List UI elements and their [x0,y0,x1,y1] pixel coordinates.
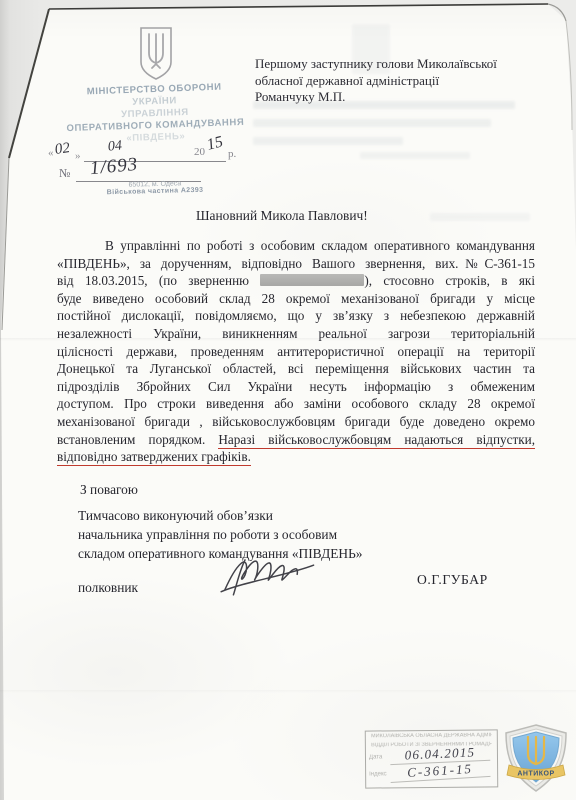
signer-name: О.Г.ГУБАР [417,572,488,588]
recipient-block: Першому заступнику голови Миколаївської … [255,56,497,106]
body-line: «ПІВДЕНЬ», за дорученням, відповідно Ваш… [57,256,535,274]
position-line: начальника управління по роботи з особов… [78,525,362,544]
body-line: постійної дислокації, повідомляємо, що у… [57,308,535,326]
registration-stamp: МИКОЛАЇВСЬКА ОБЛАСНА ДЕРЖАВНА АДМІНІСТРА… [365,729,499,788]
body-text: встановленим порядком. [57,432,218,447]
handwritten-number: 1/693 [89,154,139,180]
stamp-index-row: Індекс С-361-15 [366,764,497,782]
body-text: цілісності держави, проведенням антитеро… [57,344,535,359]
bleedthrough-mark [253,119,491,127]
body-text: В управлінні по роботі з особовим складо… [105,238,535,253]
body-text: від 18.03.2015, (по зверненню [57,273,260,288]
body-text: ), стосовно строків, в які [364,273,535,288]
body-line: цілісності держави, проведенням антитеро… [57,344,535,362]
printed-year-prefix: 20 [194,146,205,158]
bleedthrough-mark [360,152,470,159]
stamp-date-label: Дата [369,754,382,760]
signature-scribble [217,548,330,598]
salutation: Шановний Микола Павлович! [196,208,368,224]
body-text: Донецької та Луганської областей, всі пе… [57,361,535,376]
body-paragraph: В управлінні по роботі з особовим складо… [57,238,535,467]
body-line: Донецької та Луганської областей, всі пе… [57,361,535,379]
signer-rank: полковник [78,580,138,596]
scanned-letter: МІНІСТЕРСТВО ОБОРОНИ УКРАЇНИ УПРАВЛІННЯ … [0,0,576,800]
quote-mark: « [48,147,54,159]
closing-regards: З повагою [80,482,138,498]
number-sign: № [59,166,70,181]
red-underlined-text: Наразі військовослужбовцям надаються від… [218,432,535,449]
body-text: «ПІВДЕНЬ», за дорученням, відповідно Ваш… [57,256,535,271]
antikor-shield-emblem: АНТИКОР [498,722,574,796]
body-line: встановленим порядком. Наразі військовос… [57,432,535,450]
body-text: механізованої бригади , військовослужбов… [57,414,535,429]
body-text: незалежності України, виникненням реальн… [57,326,535,341]
body-line: від 18.03.2015, (по зверненню ), стосовн… [57,273,535,291]
body-text: доступом. Про строки виведення або замін… [57,396,535,411]
body-line: доступом. Про строки виведення або замін… [57,396,535,414]
handwritten-month: 04 [107,138,122,155]
red-underlined-text: відповідно затверджених графіків. [57,449,251,466]
body-line: відповідно затверджених графіків. [57,449,535,467]
stamp-index-label: Індекс [369,771,387,777]
body-line: буде виведено особовий склад 28 окремої … [57,291,535,309]
antikor-banner-text: АНТИКОР [517,771,554,778]
body-line: В управлінні по роботі з особовим складо… [57,238,535,256]
body-line: незалежності України, виникненням реальн… [57,326,535,344]
recipient-line: Першому заступнику голови Миколаївської [255,56,497,73]
fold-crease [0,690,576,693]
body-line: механізованої бригади , військовослужбов… [57,414,535,432]
body-text: буде виведено особовий склад 28 окремої … [57,291,535,306]
body-text: підрозділів Збройних Сил України несуть … [57,379,535,394]
stamp-header-line: МИКОЛАЇВСЬКА ОБЛАСНА ДЕРЖАВНА АДМІНІСТРА… [371,733,492,740]
handwritten-day: 02 [54,140,71,159]
trident-emblem-icon [136,26,176,82]
body-text: постійної дислокації, повідомляємо, що у… [57,308,535,323]
recipient-line: Романчуку М.П. [255,89,497,106]
body-line: підрозділів Збройних Сил України несуть … [57,379,535,397]
year-suffix: р. [228,148,236,160]
bleedthrough-mark [430,213,530,221]
position-line: Тимчасово виконуючий обов’язки [78,506,362,525]
recipient-line: обласної державної адміністрації [255,73,497,90]
redaction-box [260,274,364,286]
letterhead-org-stamp: МІНІСТЕРСТВО ОБОРОНИ УКРАЇНИ УПРАВЛІННЯ … [29,80,281,149]
